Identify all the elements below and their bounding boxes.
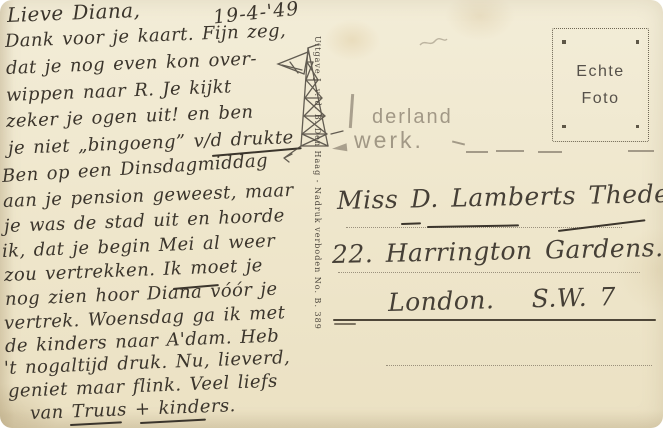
address-line-street: 22. Harrington Gardens. (332, 233, 663, 269)
message-line: zeker je ogen uit! en ben (6, 102, 254, 132)
echte-foto-stamp-box: Echte Foto (552, 28, 649, 142)
address-dotted-line (386, 365, 652, 366)
postmark-dash (628, 150, 654, 152)
message-line: Lieve Diana, (7, 0, 141, 27)
postmark-arrow-icon (332, 143, 348, 153)
message-line: wippen naar R. Je kijkt (6, 76, 232, 106)
postcard-back: Lieve Diana, Dank voor je kaart. Fijn ze… (0, 0, 663, 428)
postmark-dash (538, 151, 562, 153)
postmark-dash (452, 140, 465, 145)
address-dotted-line (338, 272, 640, 273)
underline-theden (558, 219, 646, 232)
address-line-name: Miss D. Lamberts Theden (337, 179, 663, 215)
address-underline-tick (334, 323, 356, 325)
stamp-box-label-line1: Echte (576, 58, 624, 85)
pencil-squiggle (418, 36, 448, 50)
corner-dot-icon (562, 125, 566, 129)
stamp-box-label-line2: Foto (581, 85, 619, 112)
address-underline (333, 319, 656, 321)
corner-dot-icon (562, 40, 566, 44)
message-line: dat je nog even kon over- (6, 48, 258, 79)
postmark-dash (466, 151, 488, 153)
underline-initial (401, 222, 421, 225)
corner-dot-icon (636, 40, 640, 44)
postmark-text-bottom: werk. (354, 127, 424, 154)
postmark-dash (496, 150, 524, 152)
postmark-bar (349, 94, 354, 128)
postmark-text-top: derland (372, 106, 453, 129)
address-line-city: London. S.W. 7 (388, 282, 617, 317)
corner-dot-icon (636, 125, 640, 129)
